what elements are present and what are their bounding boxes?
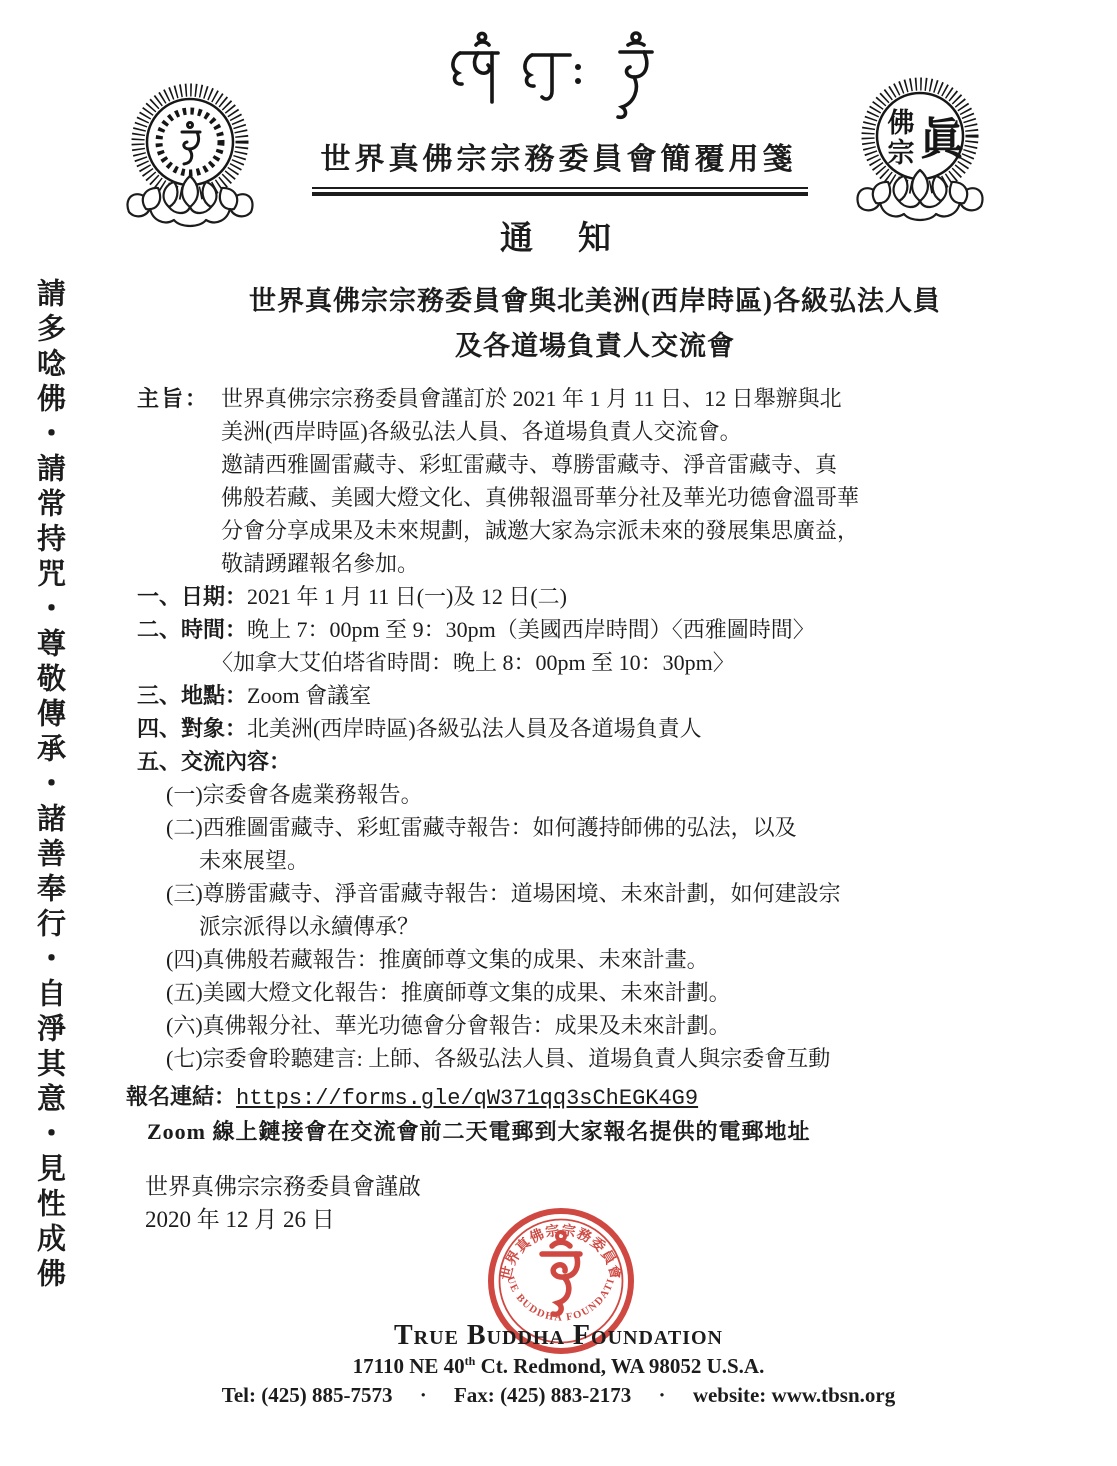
agenda-item-5: (五)美國大燈文化報告：推廣師尊文集的成果、未來計劃。 xyxy=(137,976,1053,1009)
footer-address: 17110 NE 40th Ct. Redmond, WA 98052 U.S.… xyxy=(0,1354,1117,1379)
footer-address-rest: Ct. Redmond, WA 98052 U.S.A. xyxy=(481,1354,765,1378)
footer-fax-label: Fax: xyxy=(454,1383,495,1407)
footer-org-name: True Buddha Foundation xyxy=(0,1320,1117,1352)
item-agenda-label: 五、交流內容： xyxy=(137,749,291,774)
document-page: 佛 宗 眞 世界真佛宗宗務委員會簡覆用箋 通 知 請多唸佛・請常持咒・尊敬傳承・… xyxy=(0,0,1117,1466)
divider-thin-line xyxy=(312,187,808,189)
divider-thick-line xyxy=(312,192,808,196)
item-time-label: 二、時間： xyxy=(137,617,247,642)
item-audience-text: 北美洲(西岸時區)各級弘法人員及各道場負責人 xyxy=(247,716,702,741)
footer-separator-dot: · xyxy=(420,1383,427,1408)
closing-signature: 世界真佛宗宗務委員會謹啟 xyxy=(145,1170,1053,1203)
footer-tel-label: Tel: xyxy=(222,1383,256,1407)
notice-title-line2: 及各道場負責人交流會 xyxy=(137,324,1053,369)
footer-website-label: website: xyxy=(693,1383,766,1407)
subject-line: 敬請踴躍報名參加。 xyxy=(221,547,1053,580)
agenda-item-4: (四)真佛般若藏報告：推廣師尊文集的成果、未來計畫。 xyxy=(137,943,1053,976)
subject-line: 邀請西雅圖雷藏寺、彩虹雷藏寺、尊勝雷藏寺、淨音雷藏寺、真 xyxy=(221,448,1053,481)
item-audience-label: 四、對象： xyxy=(137,716,247,741)
agenda-item-2-line2: 未來展望。 xyxy=(137,844,1053,877)
agenda-item-1: (一)宗委會各處業務報告。 xyxy=(137,778,1053,811)
footer-fax-number: (425) 883-2173 xyxy=(500,1383,631,1407)
agenda-item-6: (六)真佛報分社、華光功德會分會報告：成果及未來計劃。 xyxy=(137,1009,1053,1042)
footer-tel-number: (425) 885-7573 xyxy=(261,1383,392,1407)
footer-address-ordinal: th xyxy=(465,1354,476,1368)
notice-body: 世界真佛宗宗務委員會與北美洲(西岸時區)各級弘法人員 及各道場負責人交流會 主旨… xyxy=(137,279,1053,1236)
item-location-text: Zoom 會議室 xyxy=(247,683,371,708)
subject-line: 世界真佛宗宗務委員會謹訂於 2021 年 1 月 11 日、12 日舉辦與北 xyxy=(221,382,1053,415)
item-time-line2: 〈加拿大艾伯塔省時間：晚上 8：00pm 至 10：30pm〉 xyxy=(137,646,1053,679)
subject-line: 佛般若藏、美國大燈文化、真佛報溫哥華分社及華光功德會溫哥華 xyxy=(221,481,1053,514)
item-date-text: 2021 年 1 月 11 日(一)及 12 日(二) xyxy=(247,584,567,609)
subject-text: 世界真佛宗宗務委員會謹訂於 2021 年 1 月 11 日、12 日舉辦與北 美… xyxy=(221,382,1053,580)
item-date-label: 一、日期： xyxy=(137,584,247,609)
agenda-item-2: (二)西雅圖雷藏寺、彩虹雷藏寺報告：如何護持師佛的弘法，以及 xyxy=(137,811,1053,844)
notice-title-line1: 世界真佛宗宗務委員會與北美洲(西岸時區)各級弘法人員 xyxy=(137,279,1053,324)
subject-line: 分會分享成果及未來規劃，誠邀大家為宗派未來的發展集思廣益， xyxy=(221,514,1053,547)
item-audience: 四、對象：北美洲(西岸時區)各級弘法人員及各道場負責人 xyxy=(137,712,1053,745)
side-motto: 請多唸佛・請常持咒・尊敬傳承・諸善奉行・自淨其意・見性成佛 xyxy=(26,278,72,1293)
signup-label: 報名連結： xyxy=(126,1084,236,1109)
subject-block: 主旨： 世界真佛宗宗務委員會謹訂於 2021 年 1 月 11 日、12 日舉辦… xyxy=(137,382,1053,580)
footer-separator-dot: · xyxy=(659,1383,666,1408)
agenda-item-3: (三)尊勝雷藏寺、淨音雷藏寺報告：道場困境、未來計劃，如何建設宗 xyxy=(137,877,1053,910)
footer-website-url[interactable]: www.tbsn.org xyxy=(772,1383,896,1407)
agenda-item-3-line2: 派宗派得以永續傳承？ xyxy=(137,910,1053,943)
subject-label: 主旨： xyxy=(137,382,221,580)
signup-row: 報名連結：https://forms.gle/qW371qq3sChEGK4G9 xyxy=(126,1080,1053,1115)
signup-link[interactable]: https://forms.gle/qW371qq3sChEGK4G9 xyxy=(236,1086,698,1111)
item-agenda: 五、交流內容： xyxy=(137,745,1053,778)
item-time: 二、時間：晚上 7：00pm 至 9：30pm（美國西岸時間）〈西雅圖時間〉 xyxy=(137,613,1053,646)
footer-contact-line: Tel: (425) 885-7573 · Fax: (425) 883-217… xyxy=(0,1383,1117,1408)
item-location: 三、地點：Zoom 會議室 xyxy=(137,679,1053,712)
zoom-link-note: Zoom 線上鏈接會在交流會前二天電郵到大家報名提供的電郵地址 xyxy=(147,1115,1053,1148)
seal-hum-syllable-icon xyxy=(542,1232,580,1314)
om-ah-hum-icon xyxy=(448,28,668,120)
letterhead-title: 世界真佛宗宗務委員會簡覆用箋 xyxy=(0,134,1117,178)
item-time-text: 晚上 7：00pm 至 9：30pm（美國西岸時間）〈西雅圖時間〉 xyxy=(247,617,815,642)
footer: True Buddha Foundation 17110 NE 40th Ct.… xyxy=(0,1320,1117,1408)
header-divider xyxy=(312,187,808,196)
item-date: 一、日期：2021 年 1 月 11 日(一)及 12 日(二) xyxy=(137,580,1053,613)
footer-address-street: 17110 NE 40 xyxy=(353,1354,465,1378)
notice-heading: 通 知 xyxy=(0,212,1117,259)
item-location-label: 三、地點： xyxy=(137,683,247,708)
subject-line: 美洲(西岸時區)各級弘法人員、各道場負責人交流會。 xyxy=(221,415,1053,448)
agenda-item-7: (七)宗委會聆聽建言: 上師、各級弘法人員、道場負責人與宗委會互動 xyxy=(137,1042,1053,1075)
